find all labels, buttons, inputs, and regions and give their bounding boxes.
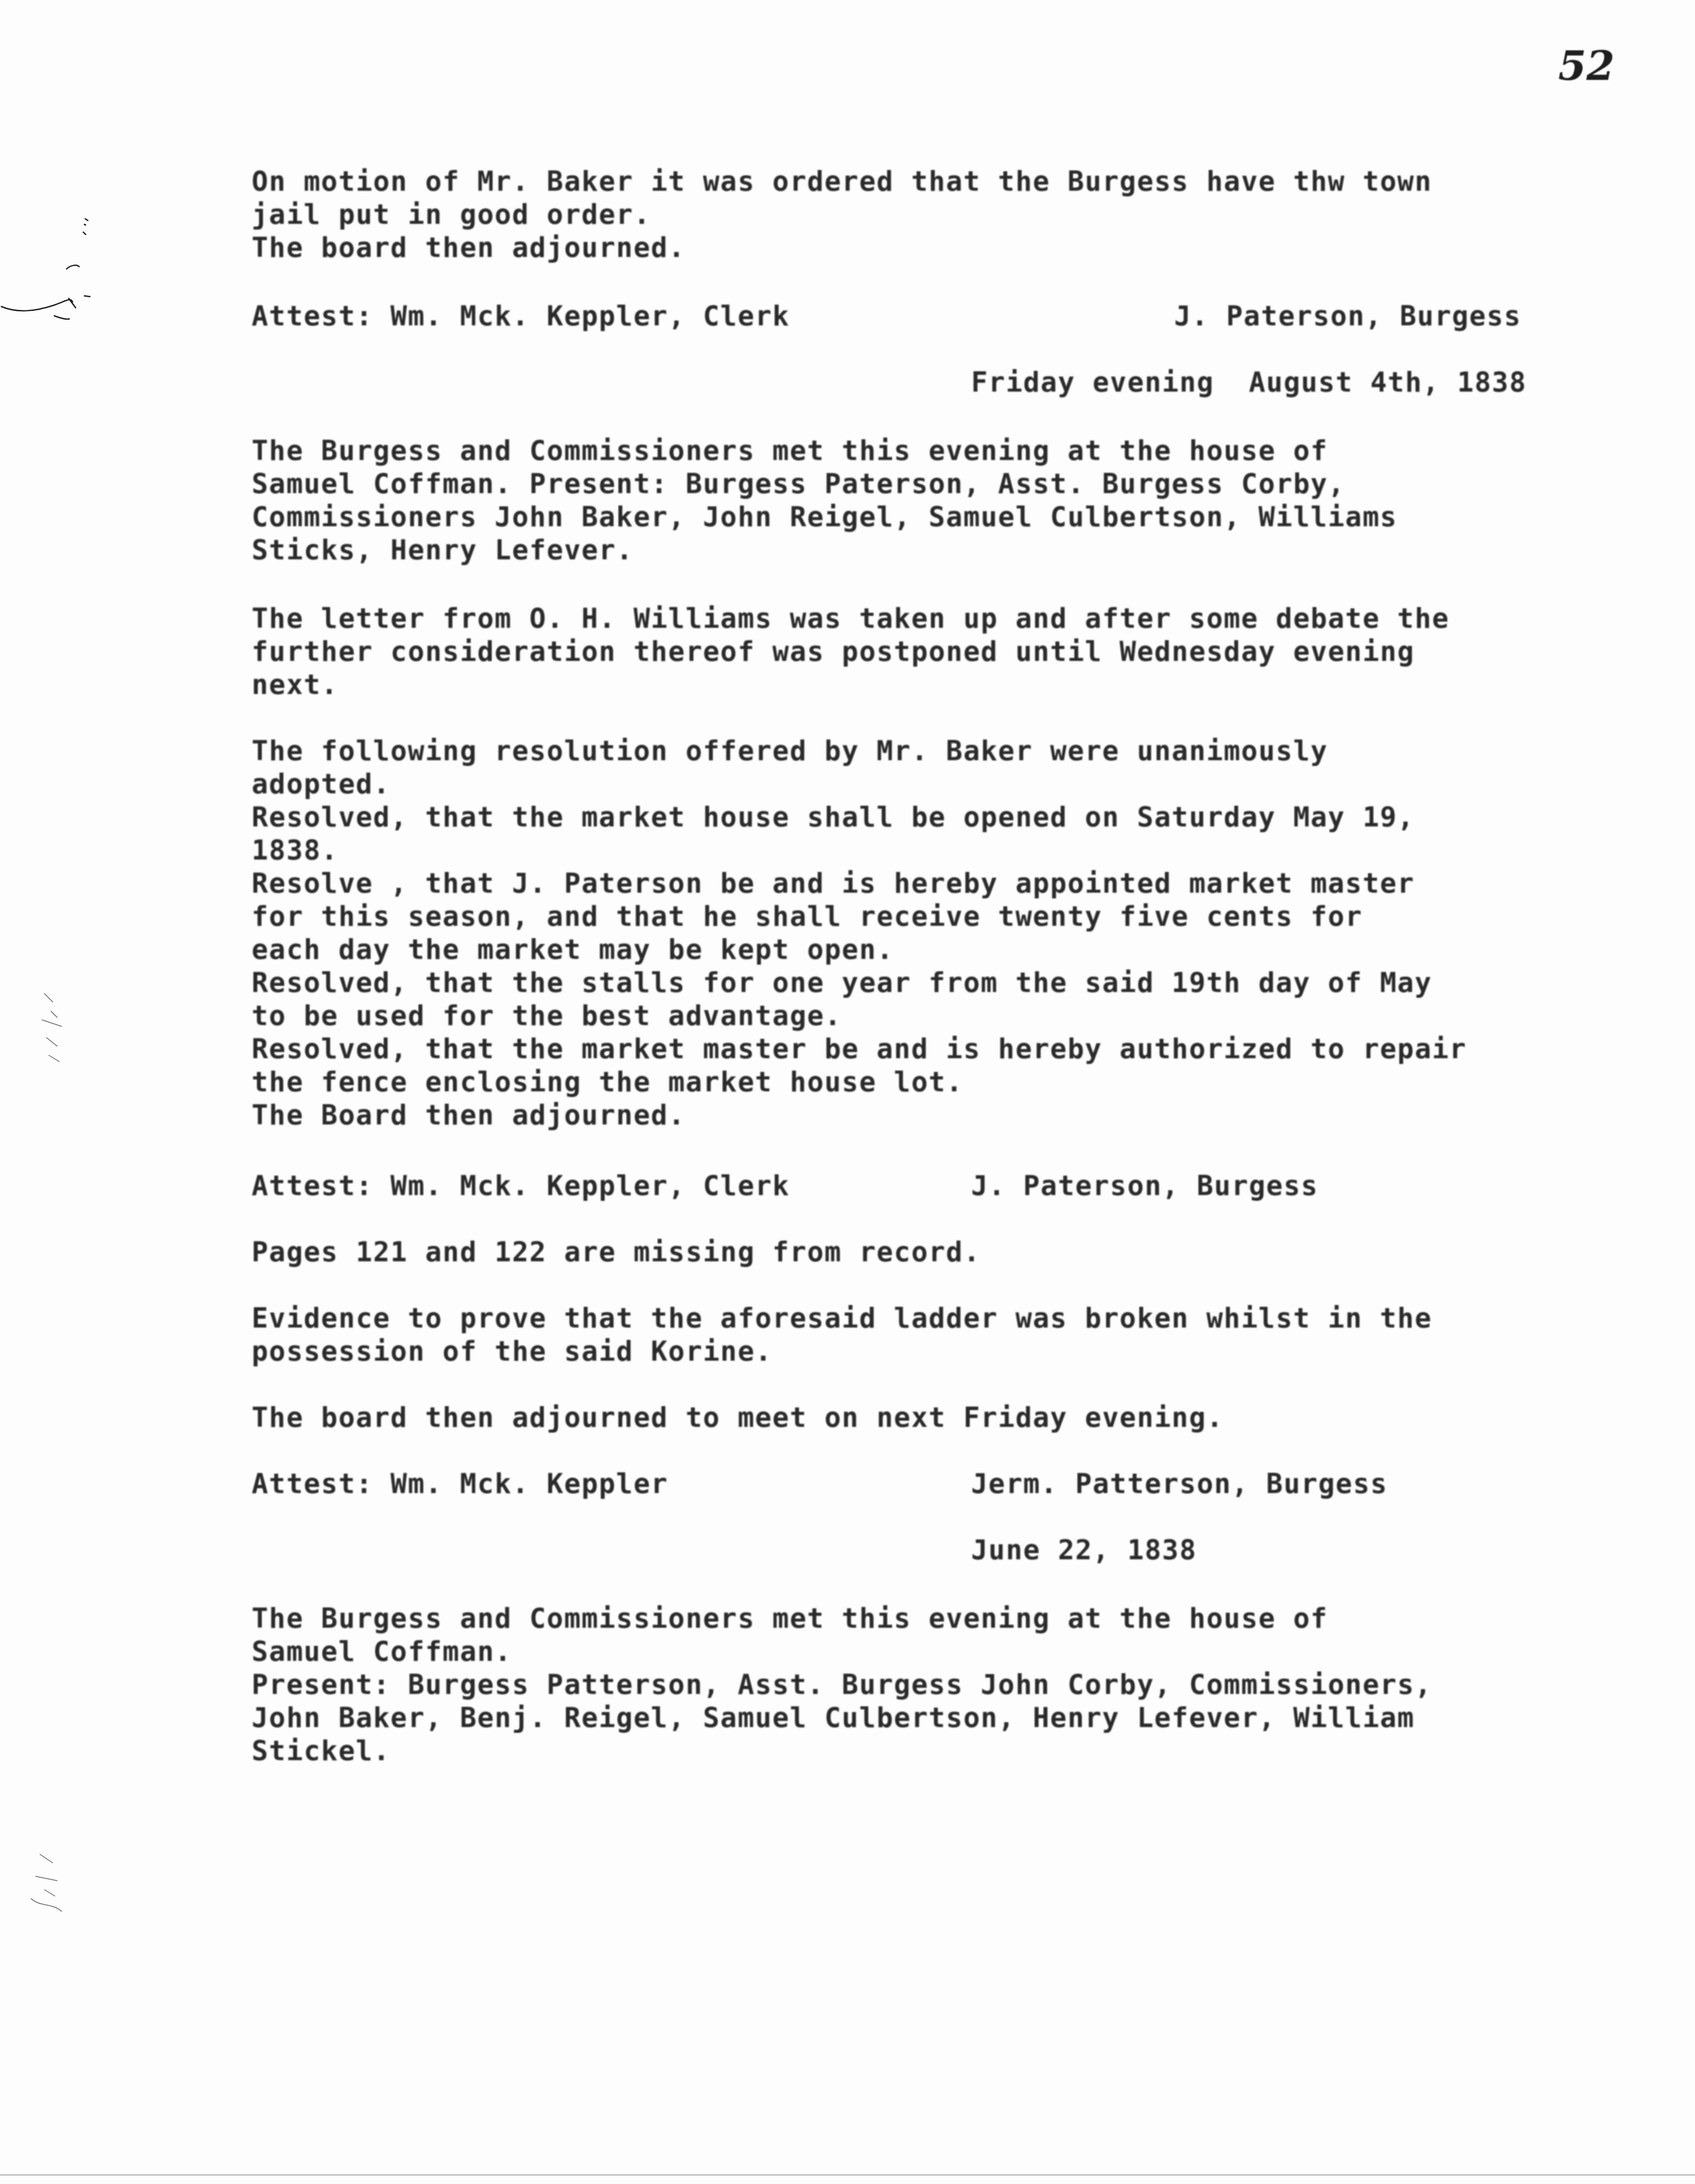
text-line: possession of the said Korine. [252, 1338, 772, 1365]
margin-pencil-mark-icon [0, 177, 177, 353]
text-line: Commissioners John Baker, John Reigel, S… [252, 503, 1397, 531]
text-line: The letter from O. H. Williams was taken… [252, 605, 1450, 632]
meeting-date: June 22, 1838 [971, 1536, 1197, 1564]
text-line: The board then adjourned. [252, 234, 686, 261]
text-line: jail put in good order. [252, 201, 651, 228]
burgess-signature: J. Paterson, Burgess [1174, 302, 1522, 330]
margin-pencil-mark-icon [26, 984, 97, 1082]
text-line: each day the market may be kept open. [252, 936, 894, 963]
scan-edge-divider [0, 2174, 1695, 2176]
text-line: The following resolution offered by Mr. … [252, 737, 1328, 765]
text-line: for this season, and that he shall recei… [252, 903, 1363, 930]
text-line: next. [252, 671, 339, 698]
text-line: On motion of Mr. Baker it was ordered th… [252, 168, 1432, 195]
burgess-signature: J. Paterson, Burgess [971, 1172, 1318, 1200]
text-line: The Board then adjourned. [252, 1101, 686, 1129]
attest-clerk: Attest: Wm. Mck. Keppler, Clerk [252, 302, 790, 330]
text-line: Resolve , that J. Paterson be and is her… [252, 870, 1415, 897]
text-line: Sticks, Henry Lefever. [252, 536, 633, 564]
text-line: Stickel. [252, 1737, 391, 1765]
text-line: further consideration thereof was postpo… [252, 638, 1415, 665]
page-number: 52 [1558, 42, 1615, 90]
meeting-date: Friday evening August 4th, 1838 [971, 369, 1526, 396]
text-line: 1838. [252, 837, 339, 864]
text-line: The board then adjourned to meet on next… [252, 1404, 1224, 1431]
document-page: 52 On motion of Mr. Baker it was ordered… [0, 0, 1695, 2184]
attest-clerk: Attest: Wm. Mck. Keppler, Clerk [252, 1172, 790, 1200]
burgess-signature: Jerm. Patterson, Burgess [971, 1470, 1388, 1497]
text-line: Evidence to prove that the aforesaid lad… [252, 1305, 1432, 1332]
text-line: The Burgess and Commissioners met this e… [252, 437, 1328, 464]
text-line: Samuel Coffman. Present: Burgess Paterso… [252, 470, 1345, 498]
attest-clerk: Attest: Wm. Mck. Keppler [252, 1470, 668, 1497]
text-line: adopted. [252, 770, 391, 798]
text-line: the fence enclosing the market house lot… [252, 1068, 963, 1096]
missing-pages-note: Pages 121 and 122 are missing from recor… [252, 1238, 981, 1266]
text-line: Resolved, that the stalls for one year f… [252, 969, 1432, 996]
text-line: Resolved, that the market master be and … [252, 1035, 1467, 1063]
text-line: The Burgess and Commissioners met this e… [252, 1605, 1328, 1632]
text-line: John Baker, Benj. Reigel, Samuel Culbert… [252, 1704, 1415, 1731]
margin-pencil-mark-icon [13, 1845, 84, 1925]
text-line: Present: Burgess Patterson, Asst. Burges… [252, 1671, 1432, 1698]
text-line: Resolved, that the market house shall be… [252, 803, 1415, 831]
text-line: to be used for the best advantage. [252, 1002, 842, 1030]
text-line: Samuel Coffman. [252, 1638, 512, 1665]
